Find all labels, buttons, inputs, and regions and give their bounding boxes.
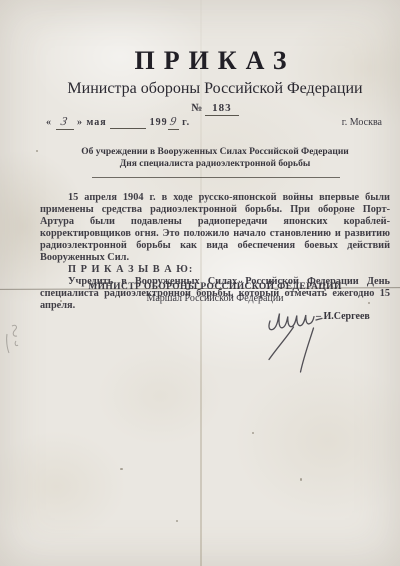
date-month: мая xyxy=(87,117,107,128)
date-year-printed: 199 xyxy=(150,117,168,128)
subject-divider-rule xyxy=(92,177,340,178)
subject-heading: Об учреждении в Вооруженных Силах Россий… xyxy=(30,146,400,170)
paper-speck xyxy=(252,432,254,434)
signature-name: – И.Сергеев xyxy=(316,311,370,322)
order-number-label: № xyxy=(191,102,202,114)
paper-speck xyxy=(176,520,178,522)
paper-speck xyxy=(36,150,38,152)
decree-word: П Р И К А З Ы В А Ю: xyxy=(40,264,390,276)
date-day-handwritten: 3 xyxy=(59,114,69,129)
scanned-order-document: ПРИКАЗ Министра обороны Российской Федер… xyxy=(0,0,400,566)
date-value: « 3 » мая 1999 г. xyxy=(46,114,190,130)
order-number-value: 183 xyxy=(205,102,239,116)
paper-speck xyxy=(120,468,123,470)
document-subtitle: Министра обороны Российской Федерации xyxy=(30,80,400,98)
date-blank-underline xyxy=(110,117,146,129)
issue-place: г. Москва xyxy=(342,117,382,128)
paper-speck xyxy=(60,300,62,302)
paper-speck xyxy=(300,478,302,481)
document-title: ПРИКАЗ xyxy=(30,46,400,76)
date-year-handwritten: 9 xyxy=(168,114,178,129)
date-year-underline: 9 xyxy=(168,114,179,130)
body-paragraph-history: 15 апреля 1904 г. в ходе русско-японской… xyxy=(40,192,390,264)
subject-line-2: Дня специалиста радиоэлектронной борьбы xyxy=(30,158,400,170)
date-day-underline: 3 xyxy=(56,114,74,130)
date-close-quote: » xyxy=(77,117,83,128)
paper-speck xyxy=(368,302,370,304)
subject-line-1: Об учреждении в Вооруженных Силах Россий… xyxy=(30,146,400,158)
signer-rank: Маршал Российской Федерации xyxy=(30,293,400,304)
signer-title: МИНИСТР ОБОРОНЫ РОССИЙСКОЙ ФЕДЕРАЦИИ xyxy=(30,282,400,292)
paper-speck xyxy=(338,212,340,214)
pencil-mark xyxy=(4,322,30,356)
date-year-suffix: г. xyxy=(182,117,190,128)
date-open-quote: « xyxy=(46,117,52,128)
